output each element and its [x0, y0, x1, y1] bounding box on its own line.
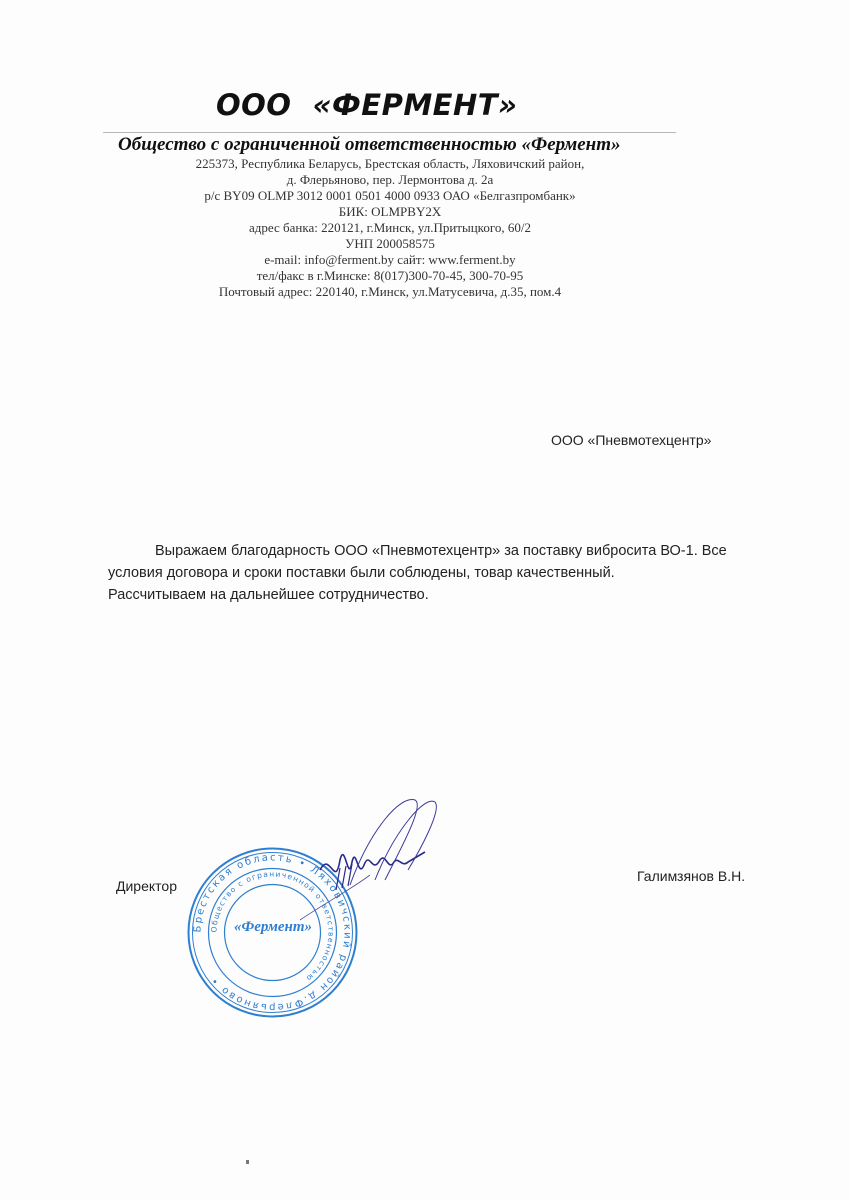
- phone-fax-line: тел/факс в г.Минске: 8(017)300-70-45, 30…: [140, 268, 640, 284]
- signatory-name: Галимзянов В.Н.: [637, 868, 745, 884]
- address-line-2: д. Флерьяново, пер. Лермонтова д. 2а: [140, 172, 640, 188]
- scan-speck: [246, 1160, 249, 1164]
- email-website-line: e-mail: info@ferment.by сайт: www.fermen…: [140, 252, 640, 268]
- company-brand-title: ООО «ФЕРМЕНТ»: [216, 88, 546, 122]
- letter-body: Выражаем благодарность ООО «Пневмотехцен…: [108, 540, 773, 606]
- recipient: ООО «Пневмотехцентр»: [551, 432, 711, 448]
- bic-line: БИК: OLMPBY2X: [140, 204, 640, 220]
- signatory-title: Директор: [116, 878, 177, 894]
- company-full-name: Общество с ограниченной ответственностью…: [118, 134, 658, 156]
- body-line-3: Рассчитываем на дальнейшее сотрудничеств…: [108, 584, 773, 606]
- address-line: 225373, Республика Беларусь, Брестская о…: [140, 156, 640, 172]
- bank-address-line: адрес банка: 220121, г.Минск, ул.Притыцк…: [140, 220, 640, 236]
- letterhead-divider: [103, 132, 676, 133]
- bank-account-line: р/с BY09 OLMP 3012 0001 0501 4000 0933 О…: [140, 188, 640, 204]
- postal-address-line: Почтовый адрес: 220140, г.Минск, ул.Мату…: [140, 284, 640, 300]
- company-details: 225373, Республика Беларусь, Брестская о…: [140, 156, 640, 300]
- handwritten-signature-icon: [290, 790, 450, 930]
- unp-line: УНП 200058575: [140, 236, 640, 252]
- letter-page: ООО «ФЕРМЕНТ» Общество с ограниченной от…: [0, 0, 849, 1200]
- body-line-2: условия договора и сроки поставки были с…: [108, 562, 773, 584]
- body-line-1: Выражаем благодарность ООО «Пневмотехцен…: [108, 540, 773, 562]
